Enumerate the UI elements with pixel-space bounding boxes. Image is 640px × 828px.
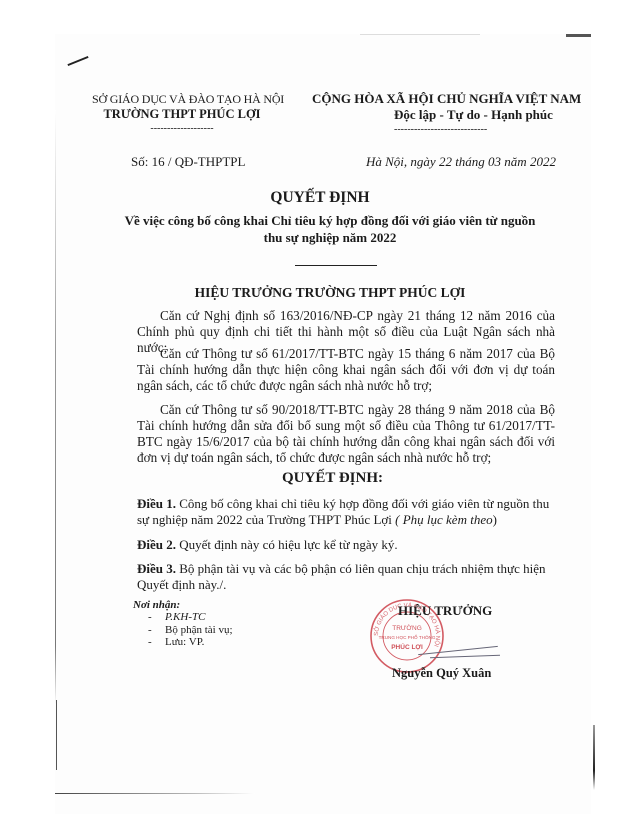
country-name: CỘNG HÒA XÃ HỘI CHỦ NGHĨA VIỆT NAM [312,91,581,107]
svg-text:PHÚC LỢI: PHÚC LỢI [391,642,423,651]
recipient-name: P.KH-TC [165,611,205,623]
article-text: Quyết định này có hiệu lực kể từ ngày ký… [176,537,398,552]
department-name: SỞ GIÁO DỤC VÀ ĐÀO TẠO HÀ NỘI [92,92,272,107]
recipients-block: Nơi nhận: -P.KH-TC -Bộ phận tài vụ; -Lưu… [133,599,233,649]
page-edge-left-lower [56,700,57,770]
article-1: Điều 1. Công bố công khai chỉ tiêu ký hợ… [137,496,557,528]
preamble-paragraph: Căn cứ Thông tư số 90/2018/TT-BTC ngày 2… [137,402,555,466]
national-header: CỘNG HÒA XÃ HỘI CHỦ NGHĨA VIỆT NAM Độc l… [312,91,581,135]
page-edge-bottom [55,793,255,794]
document-title: QUYẾT ĐỊNH [0,189,640,207]
appendix-note-end: ) [493,512,497,527]
header-divider-left: ------------------- [92,123,272,134]
preamble-paragraph: Căn cứ Thông tư số 61/2017/TT-BTC ngày 1… [137,346,555,394]
recipient-item: -Lưu: VP. [148,636,233,649]
issuer-header: SỞ GIÁO DỤC VÀ ĐÀO TẠO HÀ NỘI TRƯỜNG THP… [92,92,272,134]
national-motto: Độc lập - Tự do - Hạnh phúc [394,107,581,123]
svg-text:TRUNG HỌC PHỔ THÔNG: TRUNG HỌC PHỔ THÔNG [379,634,436,640]
school-name: TRƯỜNG THPT PHÚC LỢI [92,107,272,122]
article-2: Điều 2. Quyết định này có hiệu lực kể từ… [137,537,557,553]
page-edge-top [360,34,480,35]
article-label: Điều 1. [137,496,176,511]
article-label: Điều 3. [137,561,176,576]
signer-name: Nguyễn Quý Xuân [392,666,491,681]
recipient-item: -Bộ phận tài vụ; [148,624,233,637]
appendix-note: ( Phụ lục kèm theo [395,512,492,527]
scan-mark [566,34,591,37]
article-text: Bộ phận tài vụ và các bộ phận có liên qu… [137,561,545,592]
recipient-item: -P.KH-TC [148,611,233,624]
recipient-name: Lưu: VP. [165,636,204,648]
issuing-authority: HIỆU TRƯỞNG TRƯỜNG THPT PHÚC LỢI [0,285,640,301]
signer-title: HIỆU TRƯỞNG [398,603,492,619]
decision-heading: QUYẾT ĐỊNH: [0,470,640,487]
recipient-name: Bộ phận tài vụ; [165,624,233,636]
recipients-heading: Nơi nhận: [133,599,233,611]
recipients-list: -P.KH-TC -Bộ phận tài vụ; -Lưu: VP. [133,611,233,649]
place-date: Hà Nội, ngày 22 tháng 03 năm 2022 [366,154,556,170]
header-divider-right: ---------------------------- [394,124,581,135]
article-3: Điều 3. Bộ phận tài vụ và các bộ phận có… [137,561,557,593]
article-label: Điều 2. [137,537,176,552]
page-edge-right [593,725,595,790]
document-subtitle: Về việc công bố công khai Chỉ tiêu ký hợ… [120,212,540,246]
title-rule [295,265,377,266]
svg-text:TRƯỜNG: TRƯỜNG [392,623,422,632]
document-number: Số: 16 / QĐ-THPTPL [131,154,245,170]
